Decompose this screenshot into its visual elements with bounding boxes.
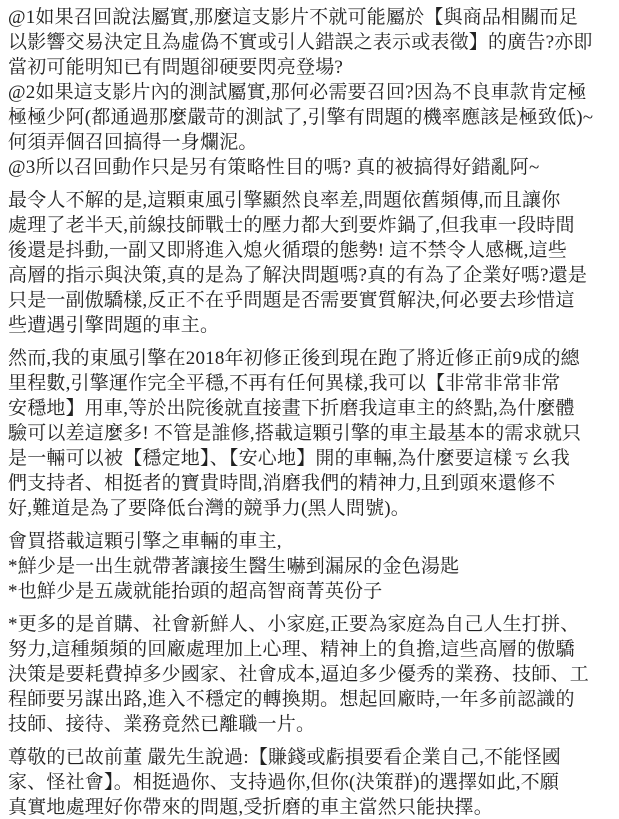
post-content: @1如果召回說法屬實,那麼這支影片不就可能屬於【與商品相關而足 以影響交易決定且… bbox=[0, 0, 619, 819]
post-paragraph-owner-profile: 會買搭載這顆引擎之車輛的車主, *鮮少是一出生就帶著讓接生醫生嚇到漏尿的金色湯匙… bbox=[8, 529, 611, 604]
post-paragraph-engine-complaint: 最令人不解的是,這顆東風引擎顯然良率差,問題依舊頻傳,而且讓你 處理了老半天,前… bbox=[8, 188, 611, 338]
post-paragraph-closing-quote: 尊敬的已故前董 嚴先生說過:【賺錢或虧損要看企業自己,不能怪國 家、怪社會】。相… bbox=[8, 745, 611, 819]
post-paragraph-recall-questions: @1如果召回說法屬實,那麼這支影片不就可能屬於【與商品相關而足 以影響交易決定且… bbox=[8, 5, 611, 180]
post-paragraph-repair-experience: 然而,我的東風引擎在2018年初修正後到現在跑了將近修正前9成的總 里程數,引擎… bbox=[8, 346, 611, 521]
post-paragraph-social-cost: *更多的是首購、社會新鮮人、小家庭,正要為家庭為自己人生打拼、 努力,這種頻頻的… bbox=[8, 612, 611, 737]
